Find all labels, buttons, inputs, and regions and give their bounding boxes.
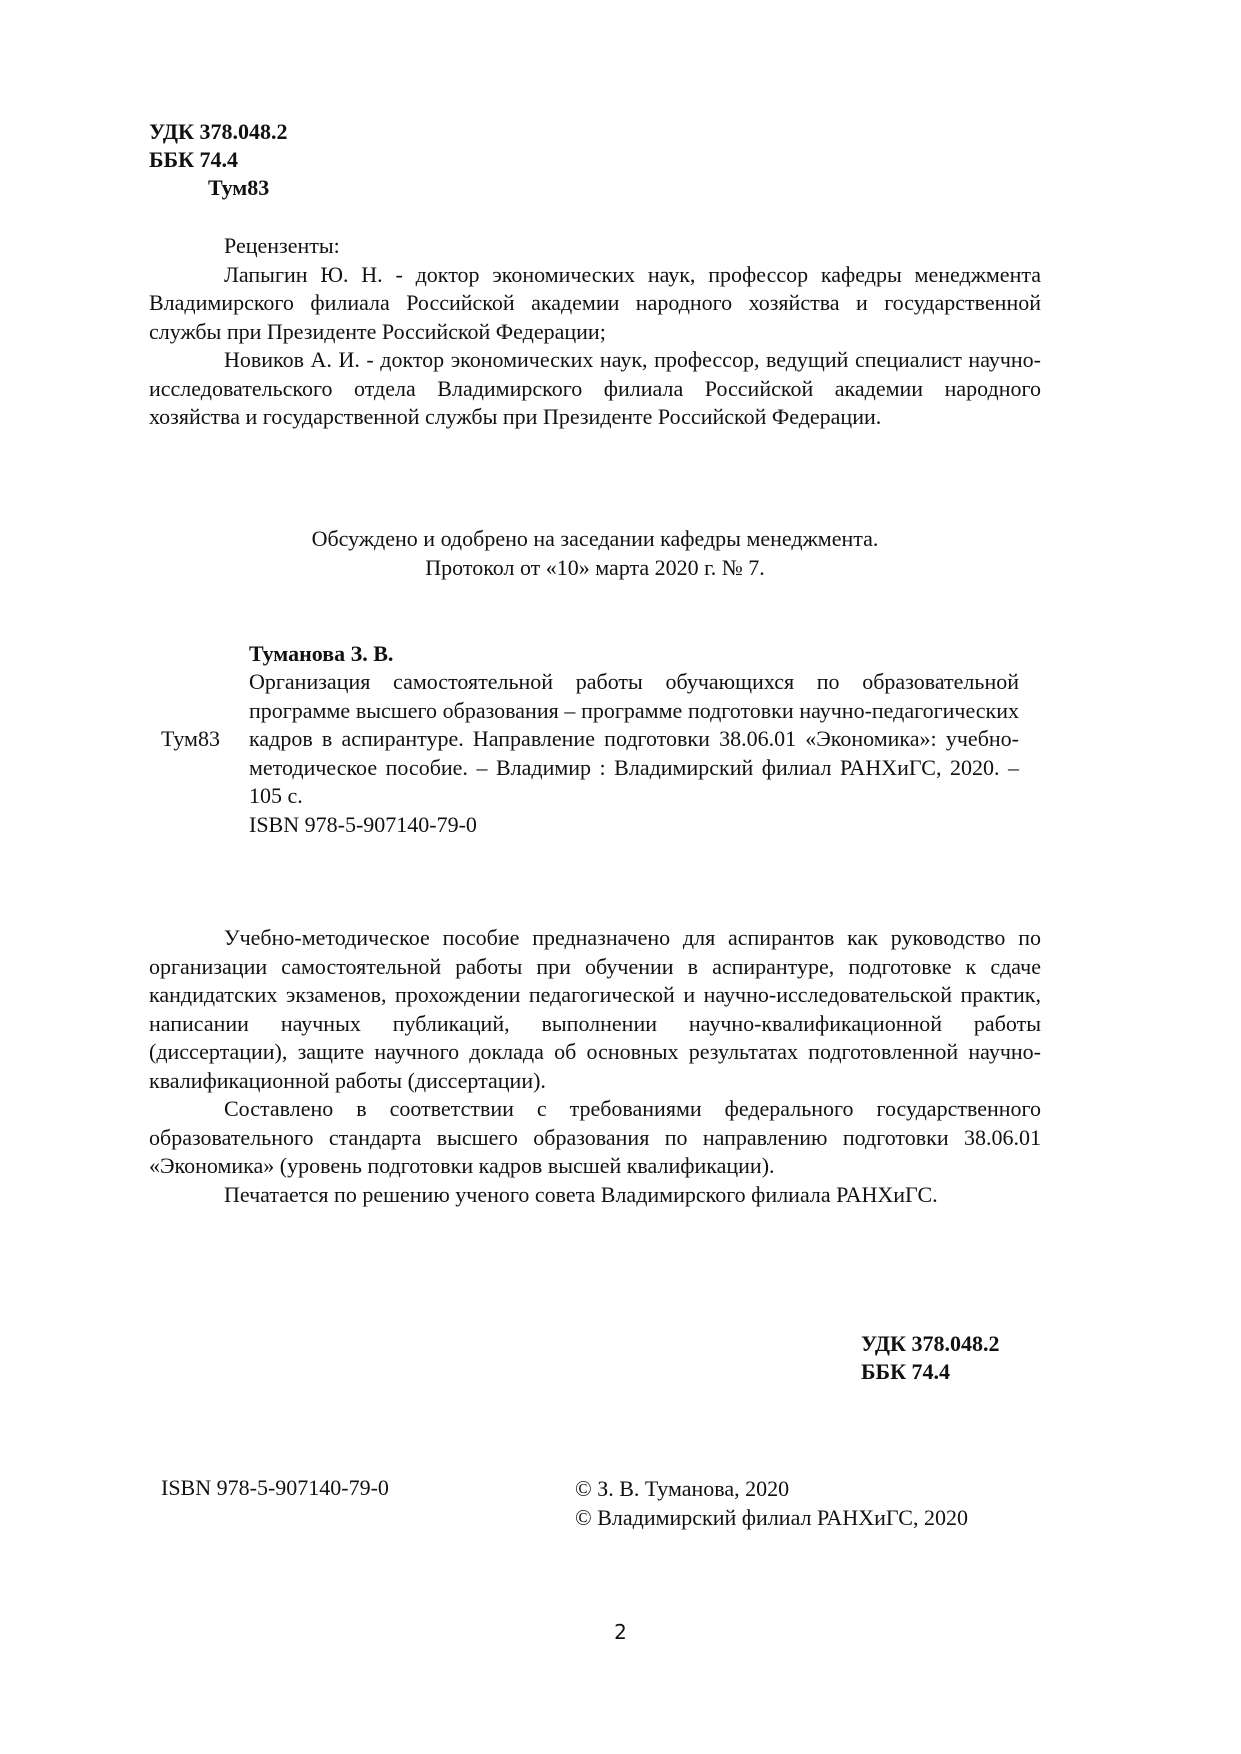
footer-isbn: ISBN 978-5-907140-79-0 bbox=[161, 1474, 389, 1502]
page-number: 2 bbox=[0, 1620, 1241, 1644]
record-author: Туманова З. В. bbox=[249, 640, 393, 669]
bbk-code: ББК 74.4 bbox=[149, 146, 288, 174]
copyright-block: © З. В. Туманова, 2020 © Владимирский фи… bbox=[575, 1474, 968, 1532]
reviewer-item: Лапыгин Ю. Н. - доктор экономических нау… bbox=[149, 261, 1041, 347]
copyright-org: © Владимирский филиал РАНХиГС, 2020 bbox=[575, 1503, 968, 1532]
record-mark: Тум83 bbox=[161, 725, 220, 754]
copyright-author: © З. В. Туманова, 2020 bbox=[575, 1474, 968, 1503]
classification-codes: УДК 378.048.2 ББК 74.4 Тум83 bbox=[149, 118, 288, 202]
abstract-paragraph: Составлено в соответствии с требованиями… bbox=[149, 1095, 1041, 1181]
reviewer-item: Новиков А. И. - доктор экономических нау… bbox=[149, 346, 1041, 432]
udk-code: УДК 378.048.2 bbox=[149, 118, 288, 146]
footer-classification-codes: УДК 378.048.2 ББК 74.4 bbox=[861, 1330, 1000, 1386]
record-description-block: Организация самостоятельной работы обуча… bbox=[249, 668, 1019, 839]
approval-note: Обсуждено и одобрено на заседании кафедр… bbox=[149, 524, 1041, 582]
reviewers-heading: Рецензенты: bbox=[149, 232, 1041, 261]
record-description: Организация самостоятельной работы обуча… bbox=[249, 668, 1019, 811]
record-isbn: ISBN 978-5-907140-79-0 bbox=[249, 811, 1019, 840]
protocol-line: Протокол от «10» марта 2020 г. № 7. bbox=[149, 553, 1041, 582]
abstract-section: Учебно-методическое пособие предназначен… bbox=[149, 924, 1041, 1209]
author-mark: Тум83 bbox=[149, 174, 288, 202]
document-page: УДК 378.048.2 ББК 74.4 Тум83 Рецензенты:… bbox=[0, 0, 1241, 1754]
footer-bbk-code: ББК 74.4 bbox=[861, 1358, 1000, 1386]
approval-line: Обсуждено и одобрено на заседании кафедр… bbox=[149, 524, 1041, 553]
abstract-paragraph: Печатается по решению ученого совета Вла… bbox=[149, 1181, 1041, 1210]
footer-udk-code: УДК 378.048.2 bbox=[861, 1330, 1000, 1358]
abstract-paragraph: Учебно-методическое пособие предназначен… bbox=[149, 924, 1041, 1095]
reviewers-section: Рецензенты: Лапыгин Ю. Н. - доктор эконо… bbox=[149, 232, 1041, 432]
